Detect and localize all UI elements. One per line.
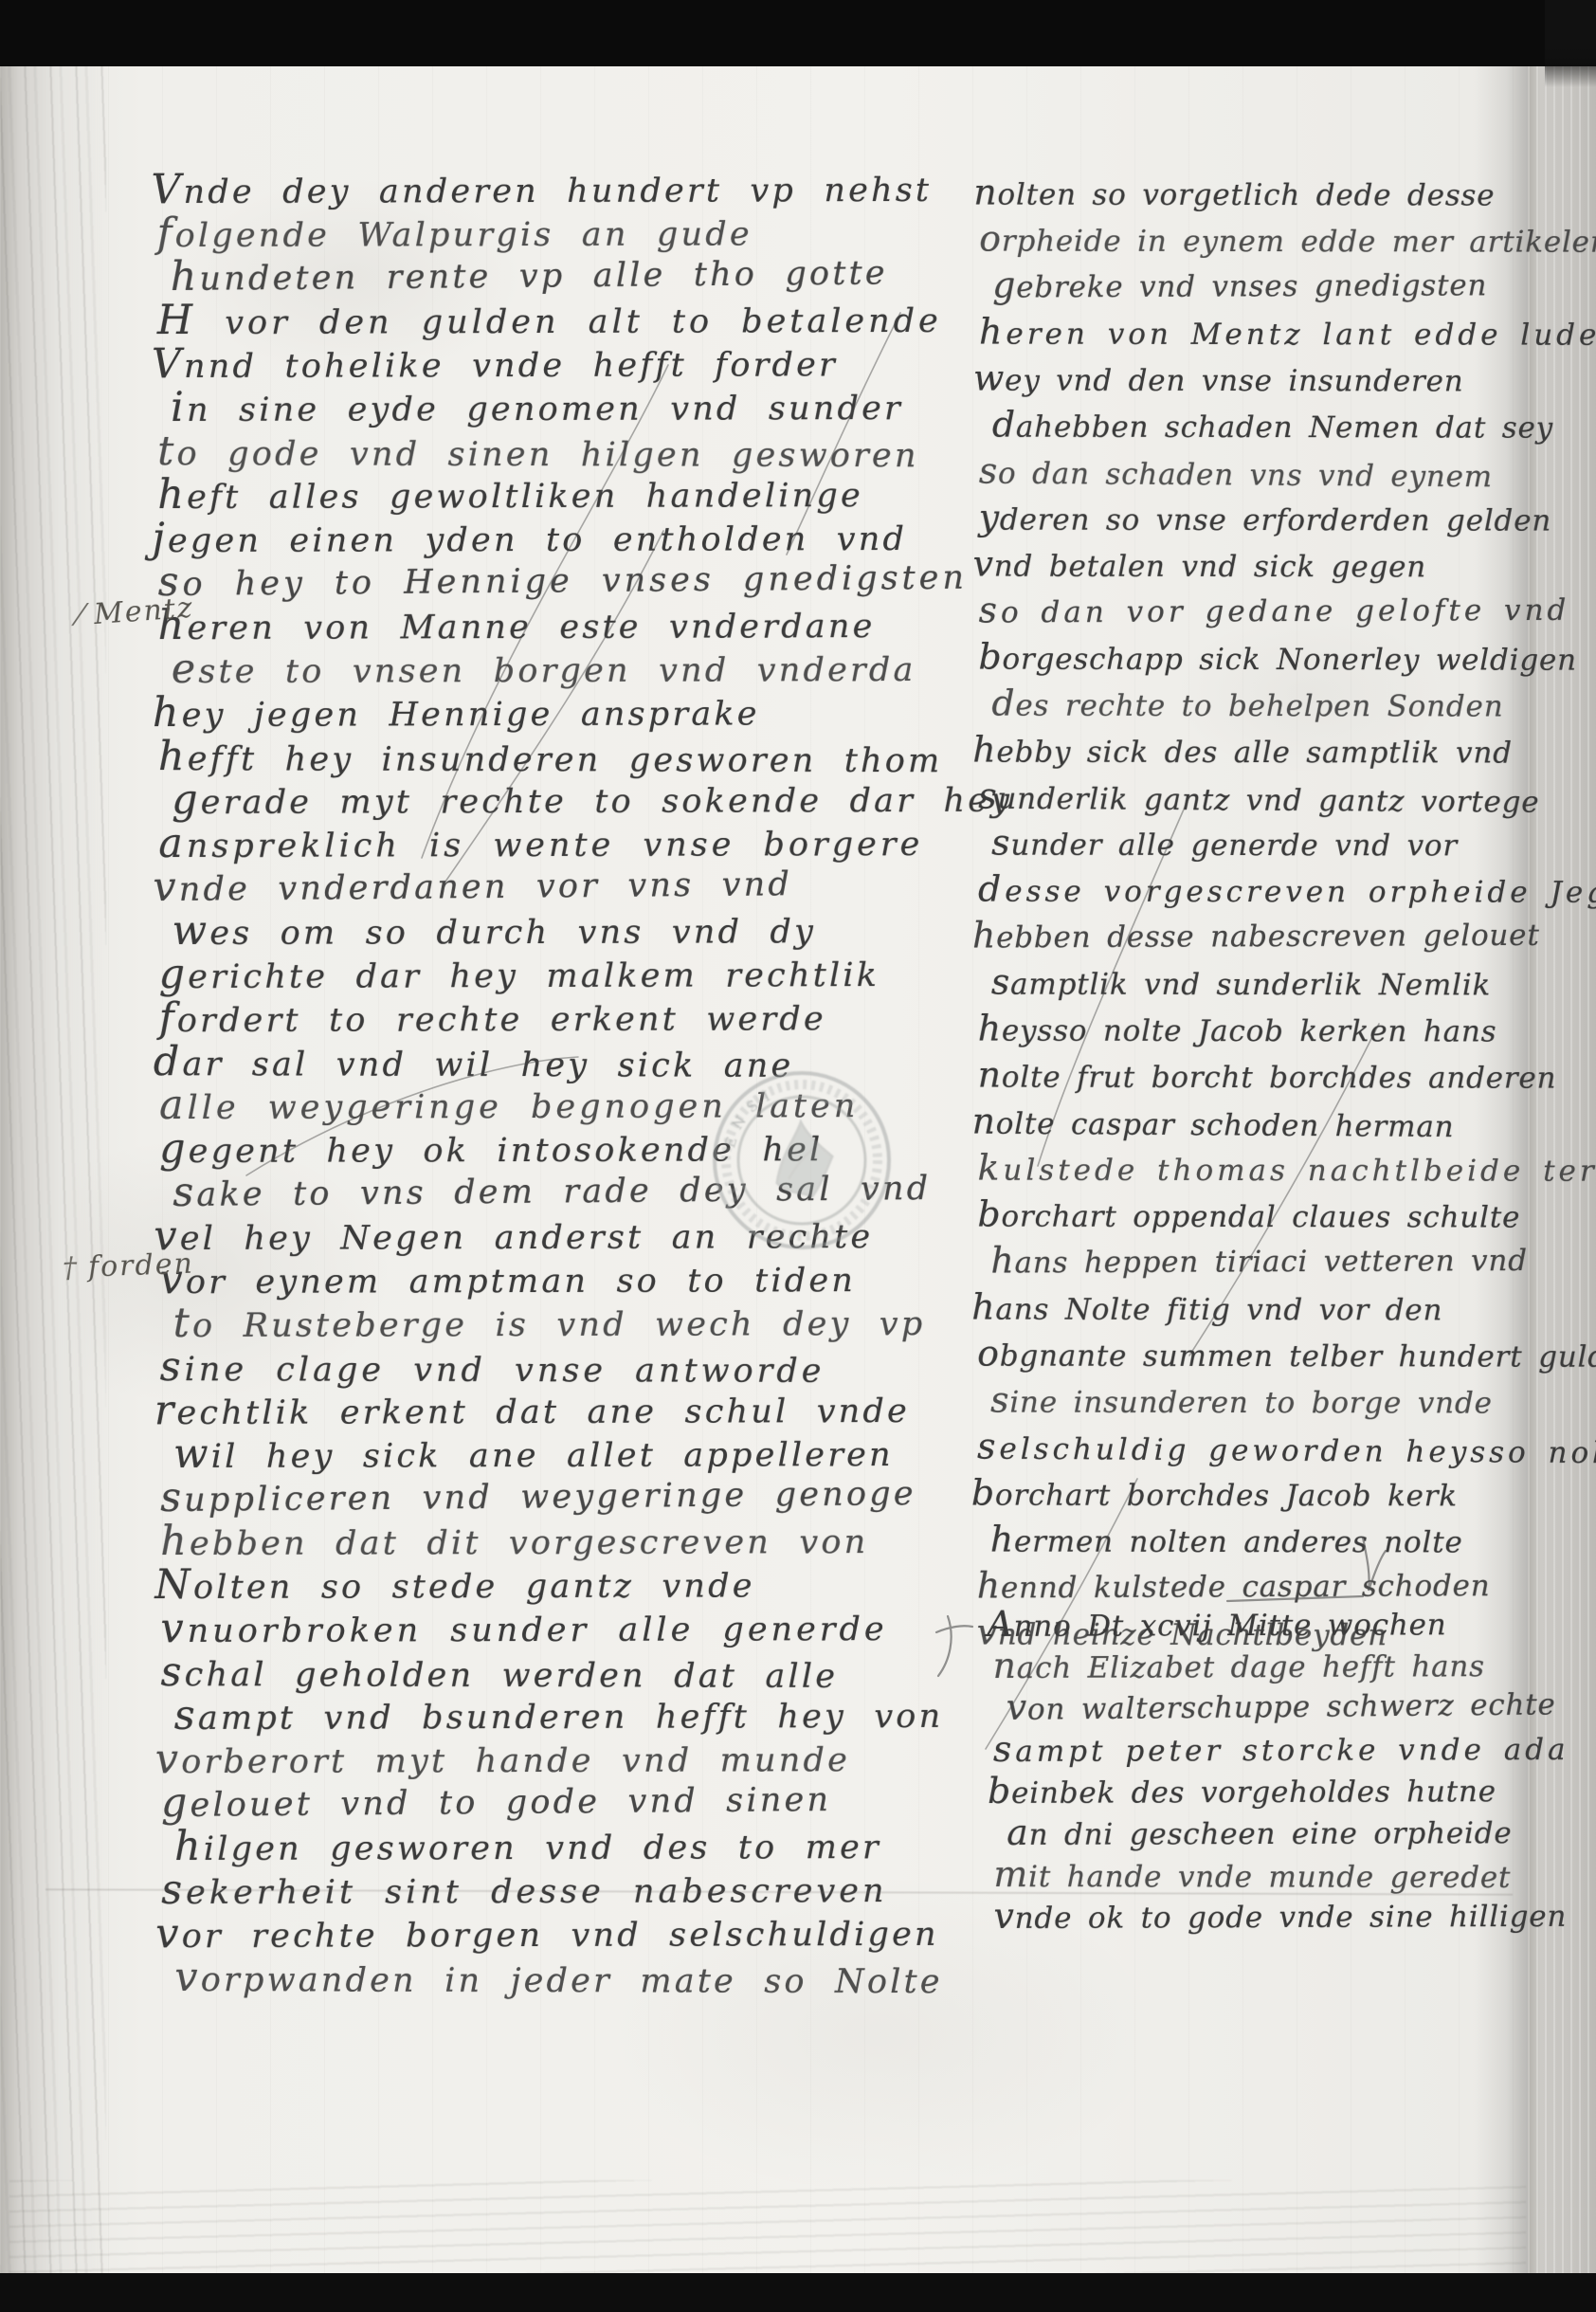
manuscript-line: nolten so vorgetlich dede desse [973,171,1512,218]
manuscript-line: Vnde dey anderen hundert vp nehst [151,168,907,213]
manuscript-line: anspreklich is wente vnse borgere [158,822,909,867]
manuscript-line: selschuldig geworden heysso nolte [977,1425,1510,1475]
manuscript-line: heren von Mentz lant edde lude [979,310,1512,357]
manuscript-line: vnd betalen vnd sick gegen [973,541,1512,589]
manuscript-line: nach Elizabet dage hefft hans [993,1645,1524,1688]
manuscript-line: sine insunderen to borge vnde [990,1378,1510,1426]
manuscript-line: heren von Manne este vnderdane [158,604,909,649]
manuscript-line: des rechte to behelpen Sonden [991,682,1511,729]
scan-edge-top [0,0,1596,66]
manuscript-line: hermen nolten anderes nolte [990,1518,1510,1565]
manuscript-line: kulstede thomas nachtlbeide tert [977,1146,1510,1193]
manuscript-line: hilgen gesworen vnd des to mer [174,1825,912,1870]
manuscript-line: Anno Dt xcvij Mitte wochen [987,1603,1523,1647]
manuscript-line: an dni gescheen eine orpheide [1007,1811,1524,1855]
right-text-column-paragraph-2: Anno Dt xcvij Mitte wochennach Elizabet … [992,1603,1524,1939]
manuscript-line: folgende Walpurgis an gude [157,211,908,257]
manuscript-line: H vor den gulden alt to betalende [157,299,908,344]
manuscript-line: rechtlik erkent dat ane schul vnde [154,1389,911,1434]
manuscript-line: sunder alle generde vnd vor [991,821,1511,868]
manuscript-line: sampt peter storcke vnde ada [993,1728,1524,1772]
manuscript-line: sine clage vnd vnse antworde [160,1347,911,1393]
manuscript-line: nolte caspar schoden herman [971,1099,1510,1149]
margin-note-forden: †forden [62,1247,194,1285]
manuscript-line: vor eynem amptman so to tiden [159,1258,910,1303]
manuscript-line: gelouet vnd to gode vnd sinen [161,1776,912,1827]
margin-note-text: Mentz [93,592,195,631]
manuscript-line: schal geholden werden dat alle [161,1652,912,1698]
manuscript-line: vnde vnderdanen vor vns vnd [153,861,909,911]
manuscript-line: este to vnsen borgen vnd vnderda [172,647,909,693]
circular-ink-stamp-icon: ENSI [709,1067,895,1253]
binding-crease [0,0,106,2312]
manuscript-line: Nolten so stede gantz vnde [154,1563,911,1609]
manuscript-line: Vnnd tohelike vnde hefft forder [152,342,908,388]
manuscript-line: hundeten rente vp alle tho gotte [171,250,908,300]
manuscript-line: jegen einen yden to entholden vnd [152,517,908,562]
manuscript-scan: Vnde dey anderen hundert vp nehstfolgend… [0,0,1596,2312]
manuscript-line: to Rusteberge is vnd wech dey vp [173,1302,911,1347]
manuscript-line: borchart oppendal claues schulte [977,1192,1510,1240]
margin-stroke-icon: ⁄ [77,599,85,632]
manuscript-line: hebby sick des alle samptlik vnd [972,727,1511,774]
manuscript-line: sunderlik gantz vnd gantz vortege [978,774,1511,825]
margin-note-text: forden [87,1247,194,1284]
manuscript-line: wey vnd den vnse insunderen [973,356,1512,404]
manuscript-line: sampt vnd bsunderen hefft hey von [174,1694,912,1739]
manuscript-line: orpheide in eynem edde mer artikelen [979,217,1512,264]
manuscript-line: so dan schaden vns vnd eynem [979,449,1512,500]
manuscript-line: yderen so vnse erforderden gelden [979,496,1512,543]
manuscript-line: hebben dat dit vorgescreven von [160,1520,911,1565]
manuscript-line: hebben desse nabescreven gelouet [972,911,1511,959]
manuscript-line: obgnante summen telber hundert gulden [977,1332,1510,1379]
manuscript-line: hans Nolte fitig vnd vor den [971,1284,1510,1332]
manuscript-line: so hey to Hennige vnses gnedigsten [157,555,908,606]
manuscript-line: von walterschuppe schwerz echte [1007,1684,1524,1730]
manuscript-line: vor rechte borgen vnd selschuldigen [155,1912,912,1957]
manuscript-line: heft alles gewoltliken handelinge [157,473,908,519]
manuscript-line: vorberort myt hande vnd munde [155,1738,912,1783]
manuscript-line: heysso nolte Jacob kerken hans [978,1007,1511,1054]
manuscript-line: samptlik vnd sunderlik Nemlik [991,960,1511,1008]
manuscript-line: gerade myt rechte to sokende dar hey [172,778,909,824]
stamp-rim-letters: ENSI [721,1083,780,1150]
manuscript-line: nolte frut borcht borchdes anderen [978,1053,1511,1101]
manuscript-line: in sine eyde genomen vnd sunder [171,386,908,431]
manuscript-line: fordert to rechte erkent werde [159,996,910,1042]
manuscript-line: dahebben schaden Nemen dat sey [992,403,1512,450]
manuscript-line: vnuorbroken sunder alle generde [160,1607,911,1652]
manuscript-line: borgeschapp sick Nonerley weldigen [978,635,1511,683]
margin-cross-icon: † [62,1251,79,1285]
manuscript-line: suppliceren vnd weygeringe genoge [160,1471,911,1521]
stamp-heraldic-emblem-icon [777,1122,832,1196]
manuscript-line: vorpwanden in jeder mate so Nolte [174,1957,912,2003]
manuscript-line: hefft hey insunderen gesworen thom [158,737,909,782]
manuscript-line: desse vorgescreven orpheide Jegeney [978,867,1511,915]
manuscript-line: to gode vnd sinen hilgen gesworen [157,431,908,477]
manuscript-line: wes om so durch vns vnd dy [172,909,910,955]
manuscript-line: vnde ok to gode vnde sine hilligen [993,1895,1524,1939]
manuscript-line: beinbek des vorgeholdes hutne [988,1770,1524,1813]
right-text-column-paragraph-1: nolten so vorgetlich dede desseorpheide … [977,171,1513,1658]
manuscript-line: so dan vor gedane gelofte vnd [978,586,1511,634]
svg-text:ENSI: ENSI [721,1083,780,1150]
scan-edge-top-right [1545,0,1596,87]
manuscript-line: hey jegen Hennige ansprake [153,691,909,737]
manuscript-line: wil hey sick ane allet appelleren [173,1432,911,1478]
bottom-edge-rumple [9,2180,1526,2279]
manuscript-line: borchart borchdes Jacob kerk [971,1470,1510,1518]
scan-edge-bottom [0,2273,1596,2312]
manuscript-line: gebreke vnd vnses gnedigsten [992,261,1512,309]
manuscript-line: gerichte dar hey malkem rechtlik [159,953,910,998]
manuscript-line: hans heppen tiriaci vetteren vnd [990,1236,1510,1284]
